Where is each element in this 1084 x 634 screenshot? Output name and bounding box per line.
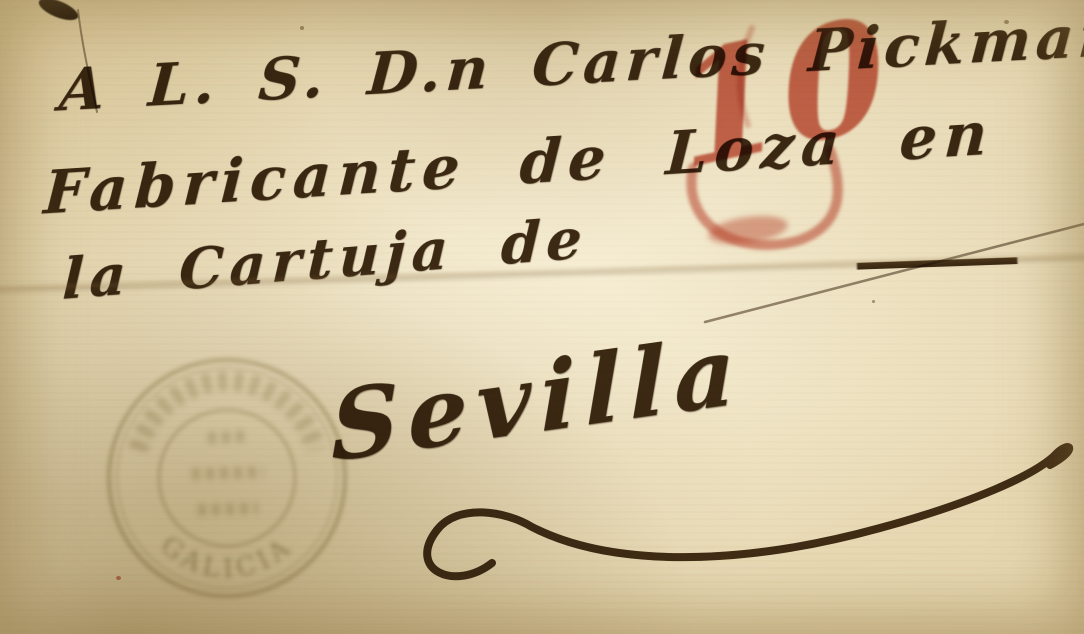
red-speck bbox=[116, 576, 121, 580]
address-line-3-dash: — bbox=[846, 222, 1028, 296]
paper-speck bbox=[1004, 20, 1009, 24]
letter-cover: GALICIA 10 A L. S. D.n Carlos Pickman Fa… bbox=[0, 0, 1084, 634]
signature-paraph bbox=[427, 447, 1069, 576]
paper-speck bbox=[300, 26, 304, 30]
paper-speck bbox=[872, 300, 875, 303]
